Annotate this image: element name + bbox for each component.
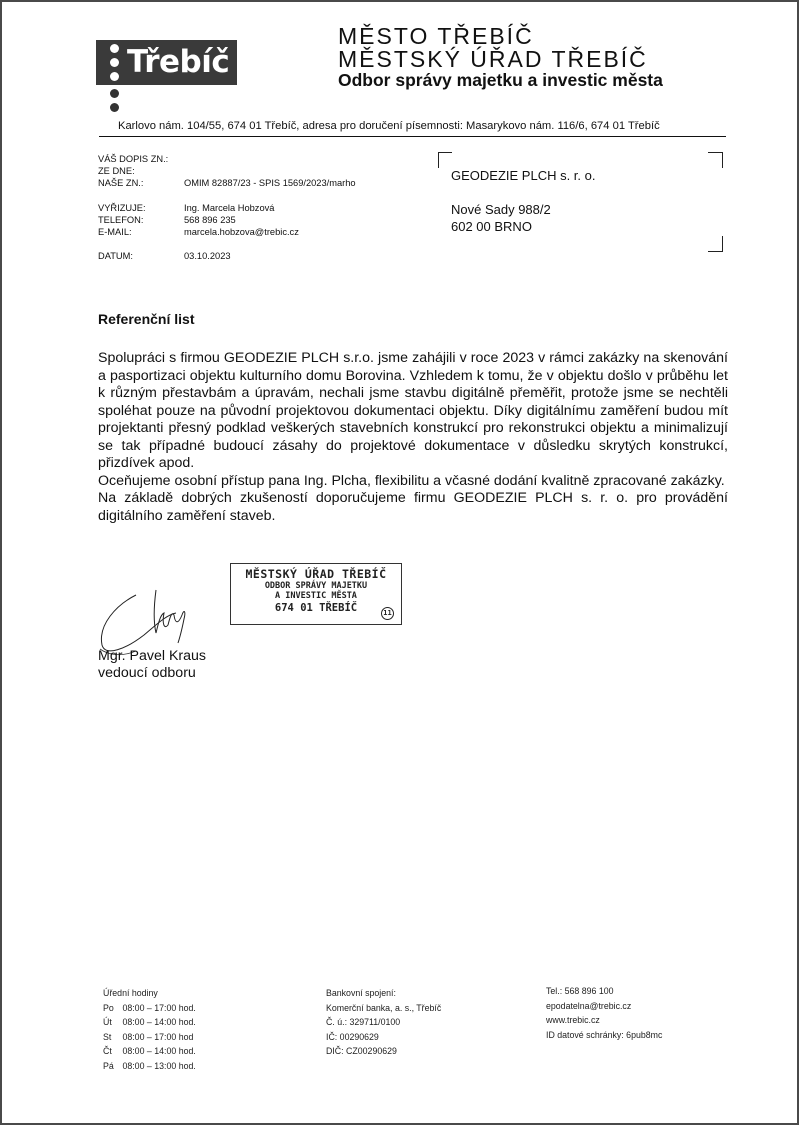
logo-dot-icon — [110, 72, 119, 81]
hours-time: 08:00 – 14:00 hod. — [122, 1046, 195, 1056]
hours-row: Út 08:00 – 14:00 hod. — [103, 1015, 196, 1030]
bank-line: DIČ: CZ00290629 — [326, 1044, 441, 1059]
field-label: TELEFON: — [98, 215, 143, 226]
address-window-corner — [708, 236, 723, 252]
hours-time: 08:00 – 17:00 hod. — [122, 1003, 195, 1013]
stamp-line: ODBOR SPRÁVY MAJETKU — [231, 581, 401, 591]
field-label: VYŘIZUJE: — [98, 203, 146, 214]
logo-dot-icon — [110, 44, 119, 53]
field-label: NAŠE ZN.: — [98, 178, 143, 189]
hours-row: Pá 08:00 – 13:00 hod. — [103, 1059, 196, 1074]
hours-time: 08:00 – 13:00 hod. — [122, 1061, 195, 1071]
logo-dot-icon — [110, 103, 119, 112]
signer-role: vedoucí odboru — [98, 665, 196, 681]
letterhead-address: Karlovo nám. 104/55, 674 01 Třebíč, adre… — [118, 120, 660, 132]
contact-line: Tel.: 568 896 100 — [546, 984, 662, 999]
body-paragraph: Oceňujeme osobní přístup pana Ing. Plcha… — [98, 473, 728, 491]
hours-row: Po 08:00 – 17:00 hod. — [103, 1001, 196, 1016]
contact-details: Tel.: 568 896 100 epodatelna@trebic.cz w… — [546, 984, 662, 1042]
office-hours-title: Úřední hodiny — [103, 986, 196, 1001]
logo-dot-icon — [110, 58, 119, 67]
logo-dot-icon — [110, 89, 119, 98]
contact-line: ID datové schránky: 6pub8mc — [546, 1028, 662, 1043]
address-window-corner — [708, 152, 723, 168]
hours-time: 08:00 – 17:00 hod — [122, 1032, 193, 1042]
bank-details: Bankovní spojení: Komerční banka, a. s.,… — [326, 986, 441, 1059]
field-label: ZE DNE: — [98, 166, 135, 177]
signer-name: Mgr. Pavel Kraus — [98, 648, 206, 664]
bank-line: Komerční banka, a. s., Třebíč — [326, 1001, 441, 1016]
hours-row: Čt 08:00 – 14:00 hod. — [103, 1044, 196, 1059]
letter-body: Spolupráci s firmou GEODEZIE PLCH s.r.o.… — [98, 350, 728, 525]
date-value: 03.10.2023 — [184, 251, 231, 262]
office-stamp: MĚSTSKÝ ÚŘAD TŘEBÍČ ODBOR SPRÁVY MAJETKU… — [230, 563, 402, 625]
body-paragraph: Na základě dobrých zkušeností doporučuje… — [98, 490, 728, 525]
contact-line: epodatelna@trebic.cz — [546, 999, 662, 1014]
body-paragraph: Spolupráci s firmou GEODEZIE PLCH s.r.o.… — [98, 350, 728, 473]
hours-day: St — [103, 1030, 120, 1045]
header-divider — [99, 136, 726, 137]
field-label: E-MAIL: — [98, 227, 132, 238]
letterhead-department: Odbor správy majetku a investic města — [338, 70, 663, 91]
phone-value: 568 896 235 — [184, 215, 236, 226]
office-hours: Úřední hodiny Po 08:00 – 17:00 hod. Út 0… — [103, 986, 196, 1074]
stamp-line: MĚSTSKÝ ÚŘAD TŘEBÍČ — [231, 567, 401, 581]
stamp-line: 674 01 TŘEBÍČ — [231, 602, 401, 614]
recipient-city: 602 00 BRNO — [451, 219, 532, 234]
recipient-name: GEODEZIE PLCH s. r. o. — [451, 168, 595, 183]
bank-line: Č. ú.: 329711/0100 — [326, 1015, 441, 1030]
city-logo: Třebíč — [96, 40, 237, 85]
bank-line: Bankovní spojení: — [326, 986, 441, 1001]
stamp-line: A INVESTIC MĚSTA — [231, 591, 401, 601]
our-reference-value: OMIM 82887/23 - SPIS 1569/2023/marho — [184, 178, 356, 189]
contact-line: www.trebic.cz — [546, 1013, 662, 1028]
hours-day: Út — [103, 1015, 120, 1030]
field-label: DATUM: — [98, 251, 133, 262]
stamp-number-badge: 11 — [381, 607, 394, 620]
hours-day: Čt — [103, 1044, 120, 1059]
field-label: VÁŠ DOPIS ZN.: — [98, 154, 168, 165]
hours-day: Pá — [103, 1059, 120, 1074]
handler-value: Ing. Marcela Hobzová — [184, 203, 274, 214]
letterhead-office: MĚSTSKÝ ÚŘAD TŘEBÍČ — [338, 46, 648, 72]
letter-subject: Referenční list — [98, 311, 194, 327]
recipient-street: Nové Sady 988/2 — [451, 202, 551, 217]
hours-day: Po — [103, 1001, 120, 1016]
hours-row: St 08:00 – 17:00 hod — [103, 1030, 196, 1045]
address-window-corner — [438, 152, 452, 168]
bank-line: IČ: 00290629 — [326, 1030, 441, 1045]
logo-text: Třebíč — [127, 42, 229, 82]
email-value: marcela.hobzova@trebic.cz — [184, 227, 299, 238]
hours-time: 08:00 – 14:00 hod. — [122, 1017, 195, 1027]
